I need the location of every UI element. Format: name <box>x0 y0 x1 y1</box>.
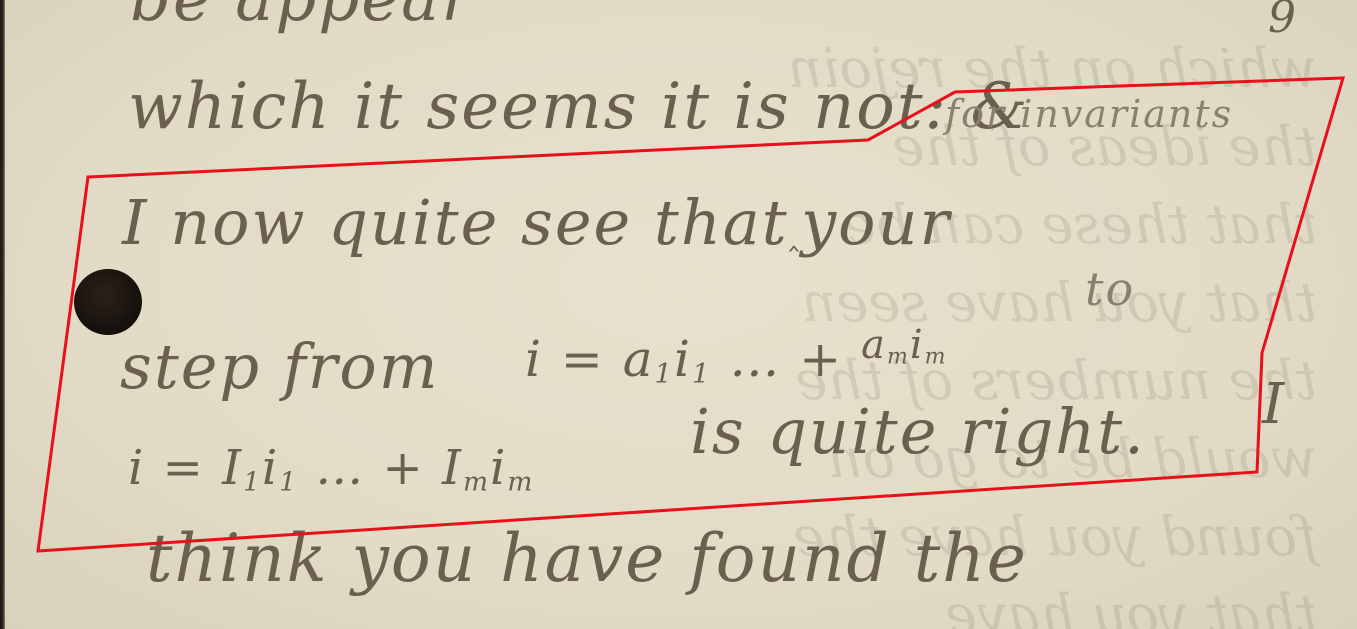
highlight-polygon[interactable] <box>38 78 1343 551</box>
document-page: which on the rejoin the ideas of the tha… <box>0 0 1357 629</box>
annotation-overlay <box>0 0 1357 629</box>
